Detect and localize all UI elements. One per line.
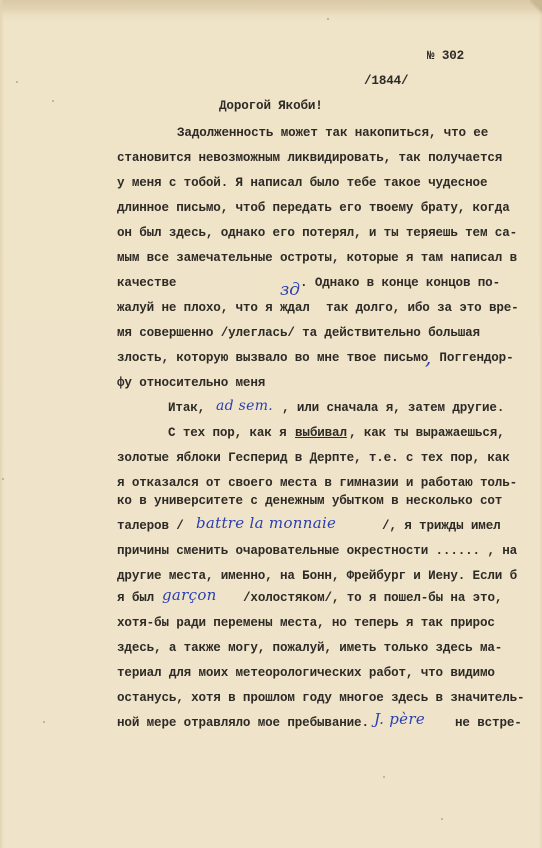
text-line: я отказался от своего места в гимназии и… xyxy=(117,475,517,491)
corrected-word: ждал xyxy=(280,300,310,316)
text-line: другие места, именно, на Бонн, Фрейбург … xyxy=(117,568,517,584)
handwritten-insertion: J. père xyxy=(374,711,425,727)
handwritten-insertion: garçon xyxy=(162,587,217,603)
underlined-word: выбивал xyxy=(295,425,347,441)
text-line: Итак, xyxy=(168,400,205,416)
text-line: я был xyxy=(117,590,154,606)
text-line: становится невозможным ликвидировать, та… xyxy=(117,150,502,166)
document-number: № 302 xyxy=(427,48,464,64)
text-line: мым все замечательные остроты, которые я… xyxy=(117,250,517,266)
text-line: . Однако в конце концов по- xyxy=(300,275,500,291)
text-line: останусь, хотя в прошлом году многое зде… xyxy=(117,690,524,706)
salutation: Дорогой Якоби! xyxy=(219,98,323,114)
text-line: мя совершенно /улеглась/ та действительн… xyxy=(117,325,480,341)
text-line: злость, которую вызвало во мне твое пись… xyxy=(117,350,428,366)
paper-speck xyxy=(327,18,329,20)
text-line: ной мере отравляло мое пребывание. xyxy=(117,715,369,731)
paper-speck xyxy=(43,721,45,723)
text-line: качестве xyxy=(117,275,176,291)
text-line: Задолженность может так накопиться, что … xyxy=(177,125,488,141)
document-page: № 302 /1844/ Дорогой Якоби! Задолженност… xyxy=(0,0,542,848)
text-line: длинное письмо, чтоб передать его твоему… xyxy=(117,200,510,216)
text-line: здесь, а также могу, пожалуй, иметь толь… xyxy=(117,640,502,656)
paper-speck xyxy=(441,818,443,820)
text-line: он был здесь, однако его потерял, и ты т… xyxy=(117,225,517,241)
text-line: , как ты выражаешься, xyxy=(349,425,505,441)
document-year: /1844/ xyxy=(364,73,408,89)
paper-corner-fold xyxy=(530,0,542,14)
text-line: талеров / xyxy=(117,518,184,534)
handwritten-correction-mark: зд xyxy=(280,280,300,300)
text-line: Поггендор- xyxy=(432,350,513,366)
paper-speck xyxy=(16,81,18,83)
text-line: так долго, ибо за это вре- xyxy=(326,300,519,316)
text-line: причины сменить очаровательные окрестнос… xyxy=(117,543,517,559)
text-line: /, я трижды имел xyxy=(382,518,501,534)
text-line: хотя-бы ради перемены места, но теперь я… xyxy=(117,615,495,631)
text-line: териал для моих метеорологических работ,… xyxy=(117,665,495,681)
text-line: ко в университете с денежным убытком в н… xyxy=(117,493,502,509)
paper-speck xyxy=(52,100,54,102)
text-line: жалуй не плохо, что я xyxy=(117,300,273,316)
text-line: не встре- xyxy=(455,715,522,731)
handwritten-insertion: ad sem. xyxy=(216,398,273,414)
text-line: фу относительно меня xyxy=(117,375,265,391)
paper-speck xyxy=(2,478,4,480)
text-line: С тех пор, как я xyxy=(168,425,287,441)
handwritten-insertion: battre la monnaie xyxy=(196,515,336,531)
handwritten-comma-mark: , xyxy=(425,345,431,369)
paper-speck xyxy=(383,776,385,778)
paper-edge-left xyxy=(0,0,4,848)
text-line: /холостяком/, то я пошел-бы на это, xyxy=(243,590,502,606)
text-line: , или сначала я, затем другие. xyxy=(282,400,504,416)
text-line: у меня с тобой. Я написал было тебе тако… xyxy=(117,175,487,191)
text-line: золотые яблоки Гесперид в Дерпте, т.е. с… xyxy=(117,450,510,466)
